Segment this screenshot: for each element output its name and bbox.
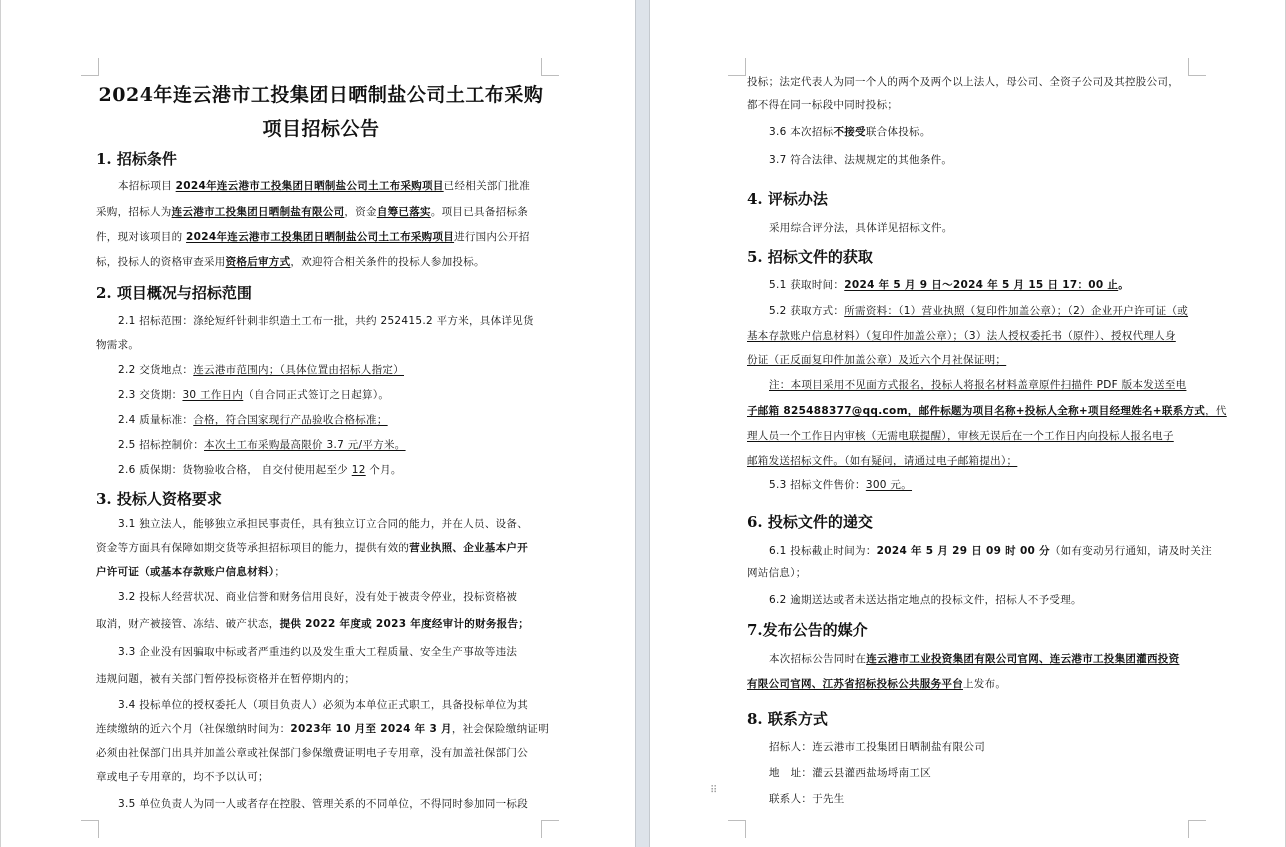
paragraph-line: 资金等方面具有保障如期交货等承担招标项目的能力，提供有效的营业执照、企业基本户开 [96, 541, 528, 555]
paragraph-line: 物需求。 [96, 338, 139, 352]
section-heading-3: 3. 投标人资格要求 [96, 488, 222, 509]
drag-handle-icon[interactable]: ⠿ [710, 788, 720, 804]
crop-mark [728, 58, 746, 76]
paragraph-line: 本次招标公告同时在连云港市工业投资集团有限公司官网、连云港市工投集团灌西投资 [769, 652, 1179, 666]
paragraph-line: 取消，财产被接管、冻结、破产状态，提供 2022 年度或 2023 年度经审计的… [96, 617, 529, 631]
crop-mark [81, 58, 99, 76]
paragraph-line: 理人员一个工作日内审核（无需电联提醒），审核无误后在一个工作日内向投标人报名电子 [747, 429, 1174, 443]
crop-mark [541, 58, 559, 76]
paragraph-line: 章或电子专用章的，均不予以认可； [96, 770, 269, 784]
paragraph-line: 采购，招标人为连云港市工投集团日晒制盐有限公司，资金自筹已落实。项目已具备招标条 [96, 205, 528, 219]
section-heading-6: 6. 投标文件的递交 [747, 511, 873, 532]
paragraph-line: 份证（正反面复印件加盖公章）及近六个月社保证明； [747, 353, 1006, 367]
paragraph-line: 投标；法定代表人为同一个人的两个及两个以上法人，母公司、全资子公司及其控股公司， [747, 75, 1179, 89]
crop-mark [1188, 58, 1206, 76]
contact-address: 地 址：灌云县灌西盐场埒南工区 [769, 766, 931, 780]
section-heading-8: 8. 联系方式 [747, 708, 828, 729]
paragraph-line: 3.4 投标单位的授权委托人（项目负责人）必须为本单位正式职工，具备投标单位为其 [118, 698, 528, 712]
paragraph-line: 6.2 逾期送达或者未送达指定地点的投标文件，招标人不予受理。 [769, 593, 1082, 607]
paragraph-line: 3.2 投标人经营状况、商业信誉和财务信用良好，没有处于被责令停业，投标资格被 [118, 590, 517, 604]
document-page-2: 投标；法定代表人为同一个人的两个及两个以上法人，母公司、全资子公司及其控股公司，… [650, 0, 1286, 847]
paragraph-line: 2.6 质保期：货物验收合格， 自交付使用起至少 12 个月。 [118, 463, 402, 477]
section-heading-2: 2. 项目概况与招标范围 [96, 282, 252, 303]
crop-mark [728, 820, 746, 838]
paragraph-line: 件，现对该项目的 2024年连云港市工投集团日晒制盐公司土工布采购项目进行国内公… [96, 230, 530, 244]
crop-mark [81, 820, 99, 838]
page-gap [635, 0, 650, 847]
paragraph-line: 3.6 本次招标不接受联合体投标。 [769, 125, 931, 139]
section-heading-5: 5. 招标文件的获取 [747, 246, 873, 267]
paragraph-line: 3.3 企业没有因骗取中标或者严重违约以及发生重大工程质量、安全生产事故等违法 [118, 645, 517, 659]
paragraph-line: 标，投标人的资格审查采用资格后审方式，欢迎符合相关条件的投标人参加投标。 [96, 255, 485, 269]
paragraph-line: 基本存款账户信息材料）（复印件加盖公章）；（3）法人授权委托书（原件）、授权代理… [747, 329, 1176, 343]
paragraph-line: 2.4 质量标准：合格，符合国家现行产品验收合格标准； [118, 413, 388, 427]
paragraph-line: 子邮箱 825488377@qq.com，邮件标题为项目名称+投标人全称+项目经… [747, 404, 1227, 418]
paragraph-line: 注：本项目采用不见面方式报名，投标人将报名材料盖章原件扫描件 PDF 版本发送至… [769, 378, 1186, 392]
document-title-line1: 2024年连云港市工投集团日晒制盐公司土工布采购 [86, 80, 556, 107]
section-heading-1: 1. 招标条件 [96, 148, 177, 169]
section-heading-7: 7.发布公告的媒介 [747, 619, 868, 640]
paragraph-line: 本招标项目 2024年连云港市工投集团日晒制盐公司土工布采购项目已经相关部门批准 [118, 179, 530, 193]
paragraph-line: 户许可证（或基本存款账户信息材料）； [96, 565, 285, 579]
contact-tenderer: 招标人：连云港市工投集团日晒制盐有限公司 [769, 740, 985, 754]
document-page-1: 2024年连云港市工投集团日晒制盐公司土工布采购 项目招标公告 1. 招标条件 … [0, 0, 636, 847]
paragraph-line: 连续缴纳的近六个月（社保缴纳时间为：2023年 10 月至 2024 年 3 月… [96, 722, 549, 736]
crop-mark [1188, 820, 1206, 838]
paragraph-line: 2.3 交货期：30 工作日内（自合同正式签订之日起算）。 [118, 388, 389, 402]
paragraph-line: 3.7 符合法律、法规规定的其他条件。 [769, 153, 952, 167]
paragraph-line: 3.5 单位负责人为同一人或者存在控股、管理关系的不同单位，不得同时参加同一标段 [118, 797, 528, 811]
document-title-line2: 项目招标公告 [86, 114, 556, 141]
paragraph-line: 网站信息）； [747, 566, 807, 580]
paragraph-line: 必须由社保部门出具并加盖公章或社保部门参保缴费证明电子专用章，没有加盖社保部门公 [96, 746, 528, 760]
paragraph-line: 违规问题，被有关部门暂停投标资格并在暂停期内的； [96, 672, 355, 686]
section-heading-4: 4. 评标办法 [747, 188, 828, 209]
paragraph-line: 有限公司官网、江苏省招标投标公共服务平台上发布。 [747, 677, 1006, 691]
paragraph-line: 5.3 招标文件售价：300 元。 [769, 478, 912, 492]
contact-person: 联系人：于先生 [769, 792, 845, 806]
crop-mark [541, 820, 559, 838]
paragraph-line: 都不得在同一标段中同时投标； [747, 98, 898, 112]
paragraph-line: 2.2 交货地点：连云港市范围内；（具体位置由招标人指定） [118, 363, 404, 377]
paragraph-line: 2.1 招标范围：涤纶短纤针刺非织造土工布一批，共约 252415.2 平方米，… [118, 314, 534, 328]
paragraph-line: 2.5 招标控制价：本次土工布采购最高限价 3.7 元/平方米。 [118, 438, 406, 452]
paragraph-line: 5.2 获取方式：所需资料：（1）营业执照（复印件加盖公章）；（2）企业开户许可… [769, 304, 1188, 318]
paragraph-line: 3.1 独立法人，能够独立承担民事责任，具有独立订立合同的能力，并在人员、设备、 [118, 517, 528, 531]
paragraph-line: 采用综合评分法，具体详见招标文件。 [769, 221, 953, 235]
paragraph-line: 邮箱发送招标文件。（如有疑问，请通过电子邮箱提出）； [747, 454, 1017, 468]
paragraph-line: 5.1 获取时间：2024 年 5 月 9 日～2024 年 5 月 15 日 … [769, 278, 1129, 292]
paragraph-line: 6.1 投标截止时间为：2024 年 5 月 29 日 09 时 00 分（如有… [769, 544, 1212, 558]
